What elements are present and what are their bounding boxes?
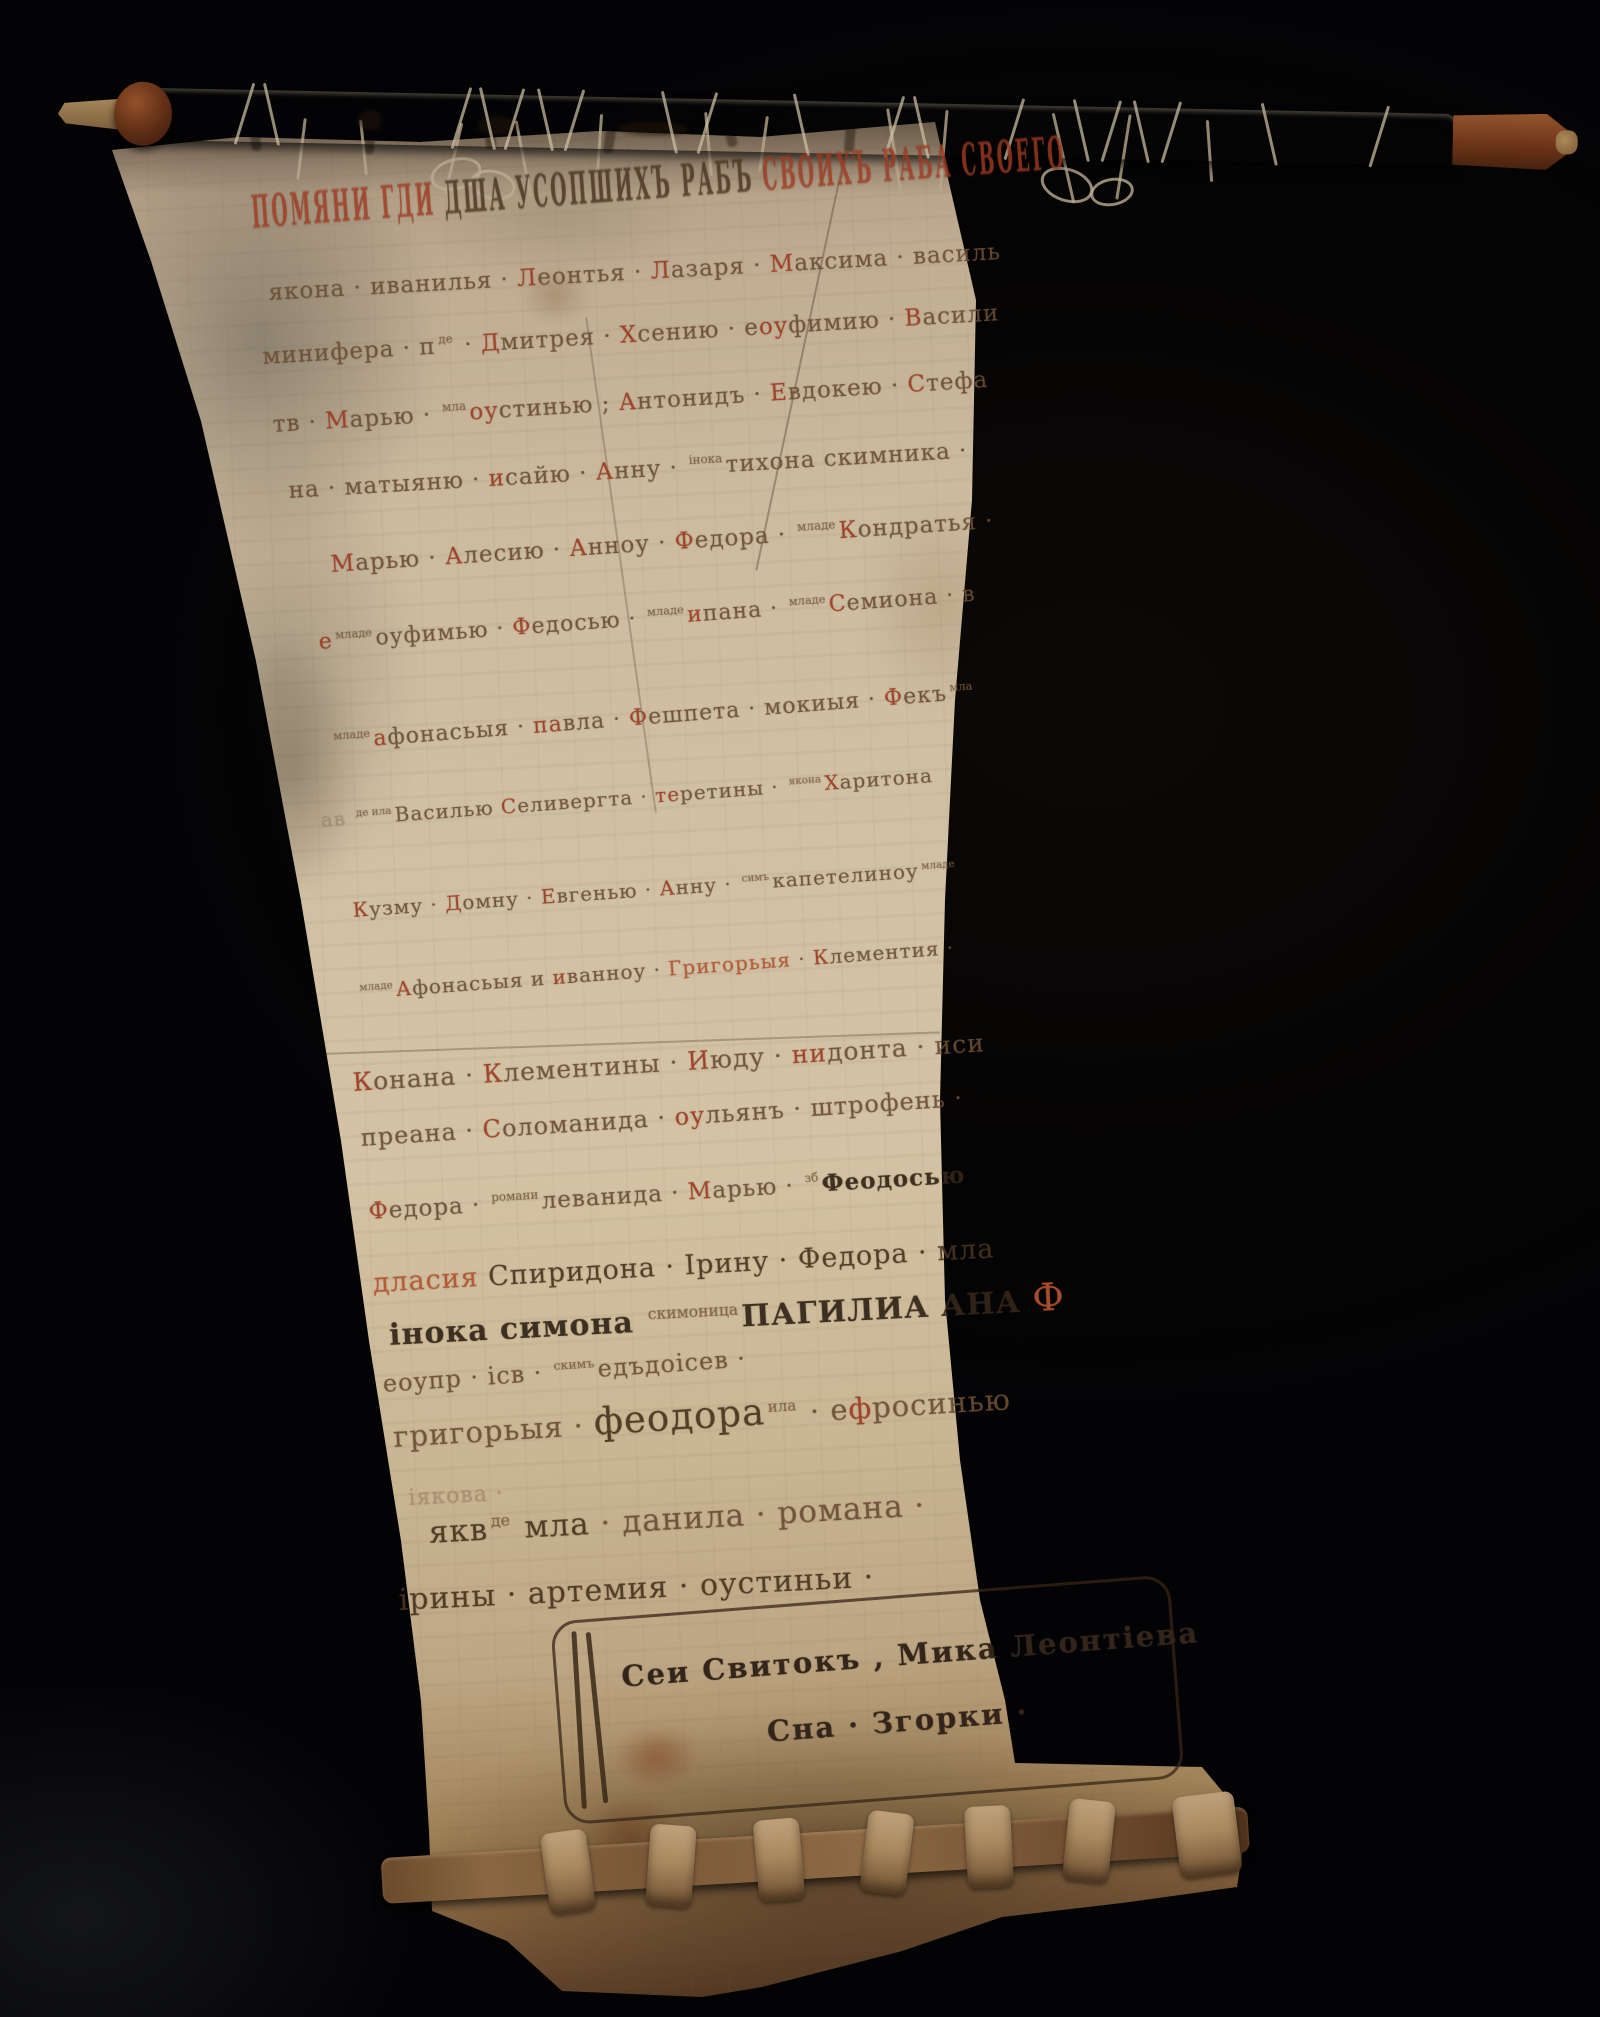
weave-strap	[753, 1817, 806, 1903]
colophon-ornament-bar	[571, 1631, 587, 1809]
colophon-line-1: Сеи Свитокъ , Мика Леонтіева	[620, 1615, 1200, 1693]
stain	[520, 265, 590, 325]
scroll-photograph: ПОМЯНИ ГДИ ДША УСОПШИХЪ РАБЪ СВОИХЪ РАБА…	[0, 0, 1600, 2017]
twine-loop	[1088, 174, 1136, 209]
rod-tip-right	[1555, 130, 1577, 154]
weave-strap	[964, 1805, 1014, 1889]
stain	[220, 635, 360, 895]
colophon-line-2: Сна · Згорки ·	[766, 1695, 1030, 1749]
weave-strap	[1062, 1798, 1116, 1884]
colophon-ornament-bar	[586, 1632, 609, 1804]
twine-loop	[1036, 160, 1098, 209]
weave-strap	[645, 1823, 697, 1908]
stain	[860, 495, 1020, 715]
ink-segment: Ф	[1031, 1275, 1066, 1322]
colophon-stain	[611, 1722, 702, 1792]
weave-strap	[1171, 1791, 1243, 1880]
